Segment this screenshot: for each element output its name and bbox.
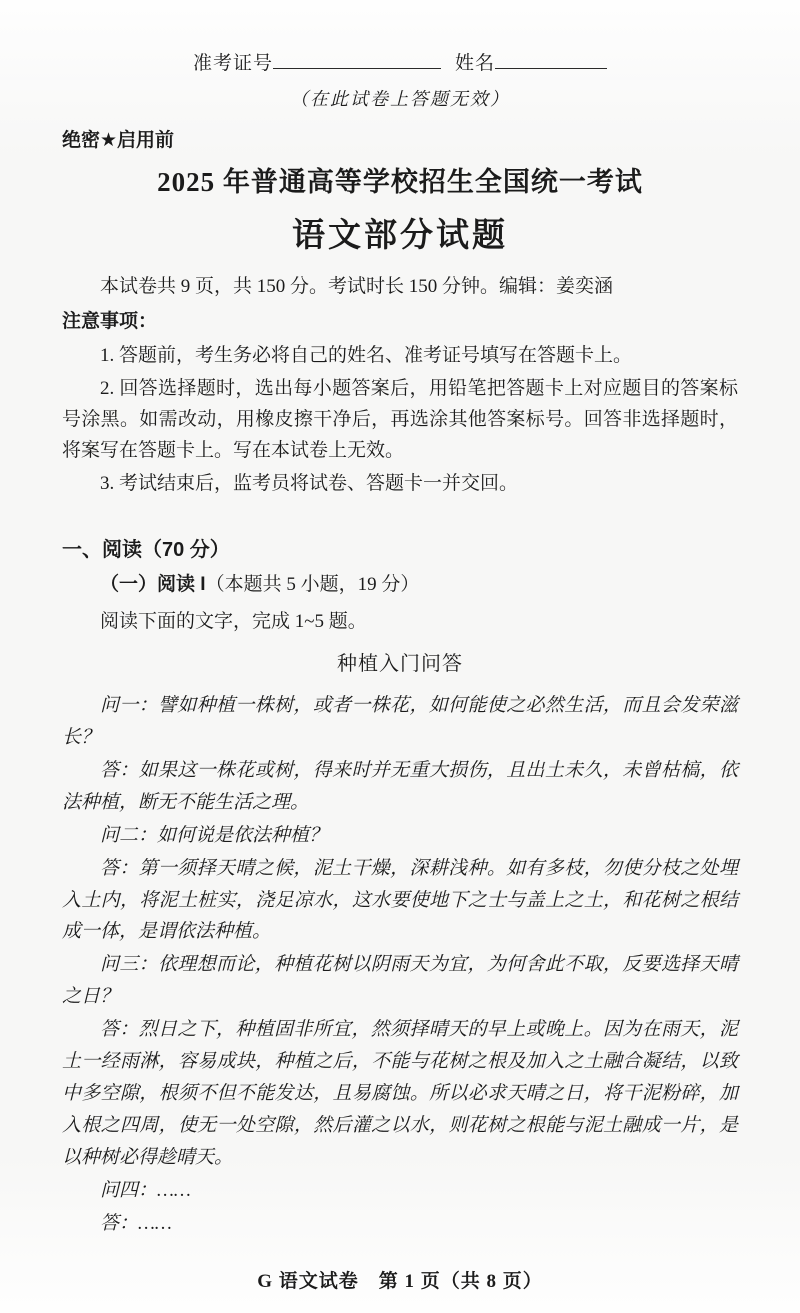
- notice-item-3: 3. 考试结束后，监考员将试卷、答题卡一并交回。: [62, 468, 738, 499]
- paper-meta-line: 本试卷共 9 页，共 150 分。考试时长 150 分钟。编辑：姜奕涵: [62, 272, 738, 303]
- candidate-info-row: 准考证号姓名: [62, 48, 738, 75]
- secrecy-notice: 绝密★启用前: [62, 125, 738, 152]
- qa-answer-2: 答：第一须择天晴之候，泥土干燥，深耕浅种。如有多枝，勿使分枝之处埋入土内，将泥土…: [62, 853, 738, 949]
- section-heading-reading: 一、阅读（70 分）: [62, 533, 738, 562]
- qa-question-4: 问四：……: [62, 1175, 738, 1207]
- qa-question-3: 问三：依理想而论，种植花树以阴雨天为宜，为何舍此不取，反要选择天晴之日？: [62, 949, 738, 1013]
- subsection-heading-bold: （一）阅读 I: [100, 574, 206, 595]
- subject-title: 语文部分试题: [62, 209, 738, 256]
- qa-answer-1: 答：如果这一株花或树，得来时并无重大损伤，且出土未久，未曾枯槁，依法种植，断无不…: [62, 755, 738, 819]
- subsection-heading-reading-1: （一）阅读 I（本题共 5 小题，19 分）: [62, 570, 738, 600]
- ticket-number-label: 准考证号: [193, 53, 273, 74]
- notice-heading: 注意事项：: [62, 307, 738, 338]
- exam-title: 2025 年普通高等学校招生全国统一考试: [62, 160, 738, 199]
- notice-item-2: 2. 回答选择题时，选出每小题答案后，用铅笔把答题卡上对应题目的答案标号涂黑。如…: [62, 373, 738, 466]
- qa-question-2: 问二：如何说是依法种植？: [62, 820, 738, 852]
- qa-answer-3: 答：烈日之下，种植固非所宜，然须择晴天的早上或晚上。因为在雨天，泥土一经雨淋，容…: [62, 1014, 738, 1174]
- qa-answer-4: 答：……: [62, 1208, 738, 1240]
- subsection-heading-rest: （本题共 5 小题，19 分）: [206, 574, 420, 595]
- exam-paper-page: 准考证号姓名 （在此试卷上答题无效） 绝密★启用前 2025 年普通高等学校招生…: [0, 0, 800, 1313]
- ticket-number-blank-line: [273, 49, 441, 69]
- notice-item-1: 1. 答题前，考生务必将自己的姓名、准考证号填写在答题卡上。: [62, 340, 738, 371]
- passage-title: 种植入门问答: [62, 647, 738, 676]
- name-blank-line: [495, 49, 607, 69]
- reading-instruction: 阅读下面的文字，完成 1~5 题。: [62, 607, 738, 637]
- name-label: 姓名: [455, 53, 495, 74]
- qa-question-1: 问一：譬如种植一株树，或者一株花，如何能使之必然生活，而且会发荣滋长？: [62, 690, 738, 754]
- page-footer: G 语文试卷 第 1 页（共 8 页）: [62, 1266, 738, 1293]
- invalid-answer-note: （在此试卷上答题无效）: [62, 85, 738, 111]
